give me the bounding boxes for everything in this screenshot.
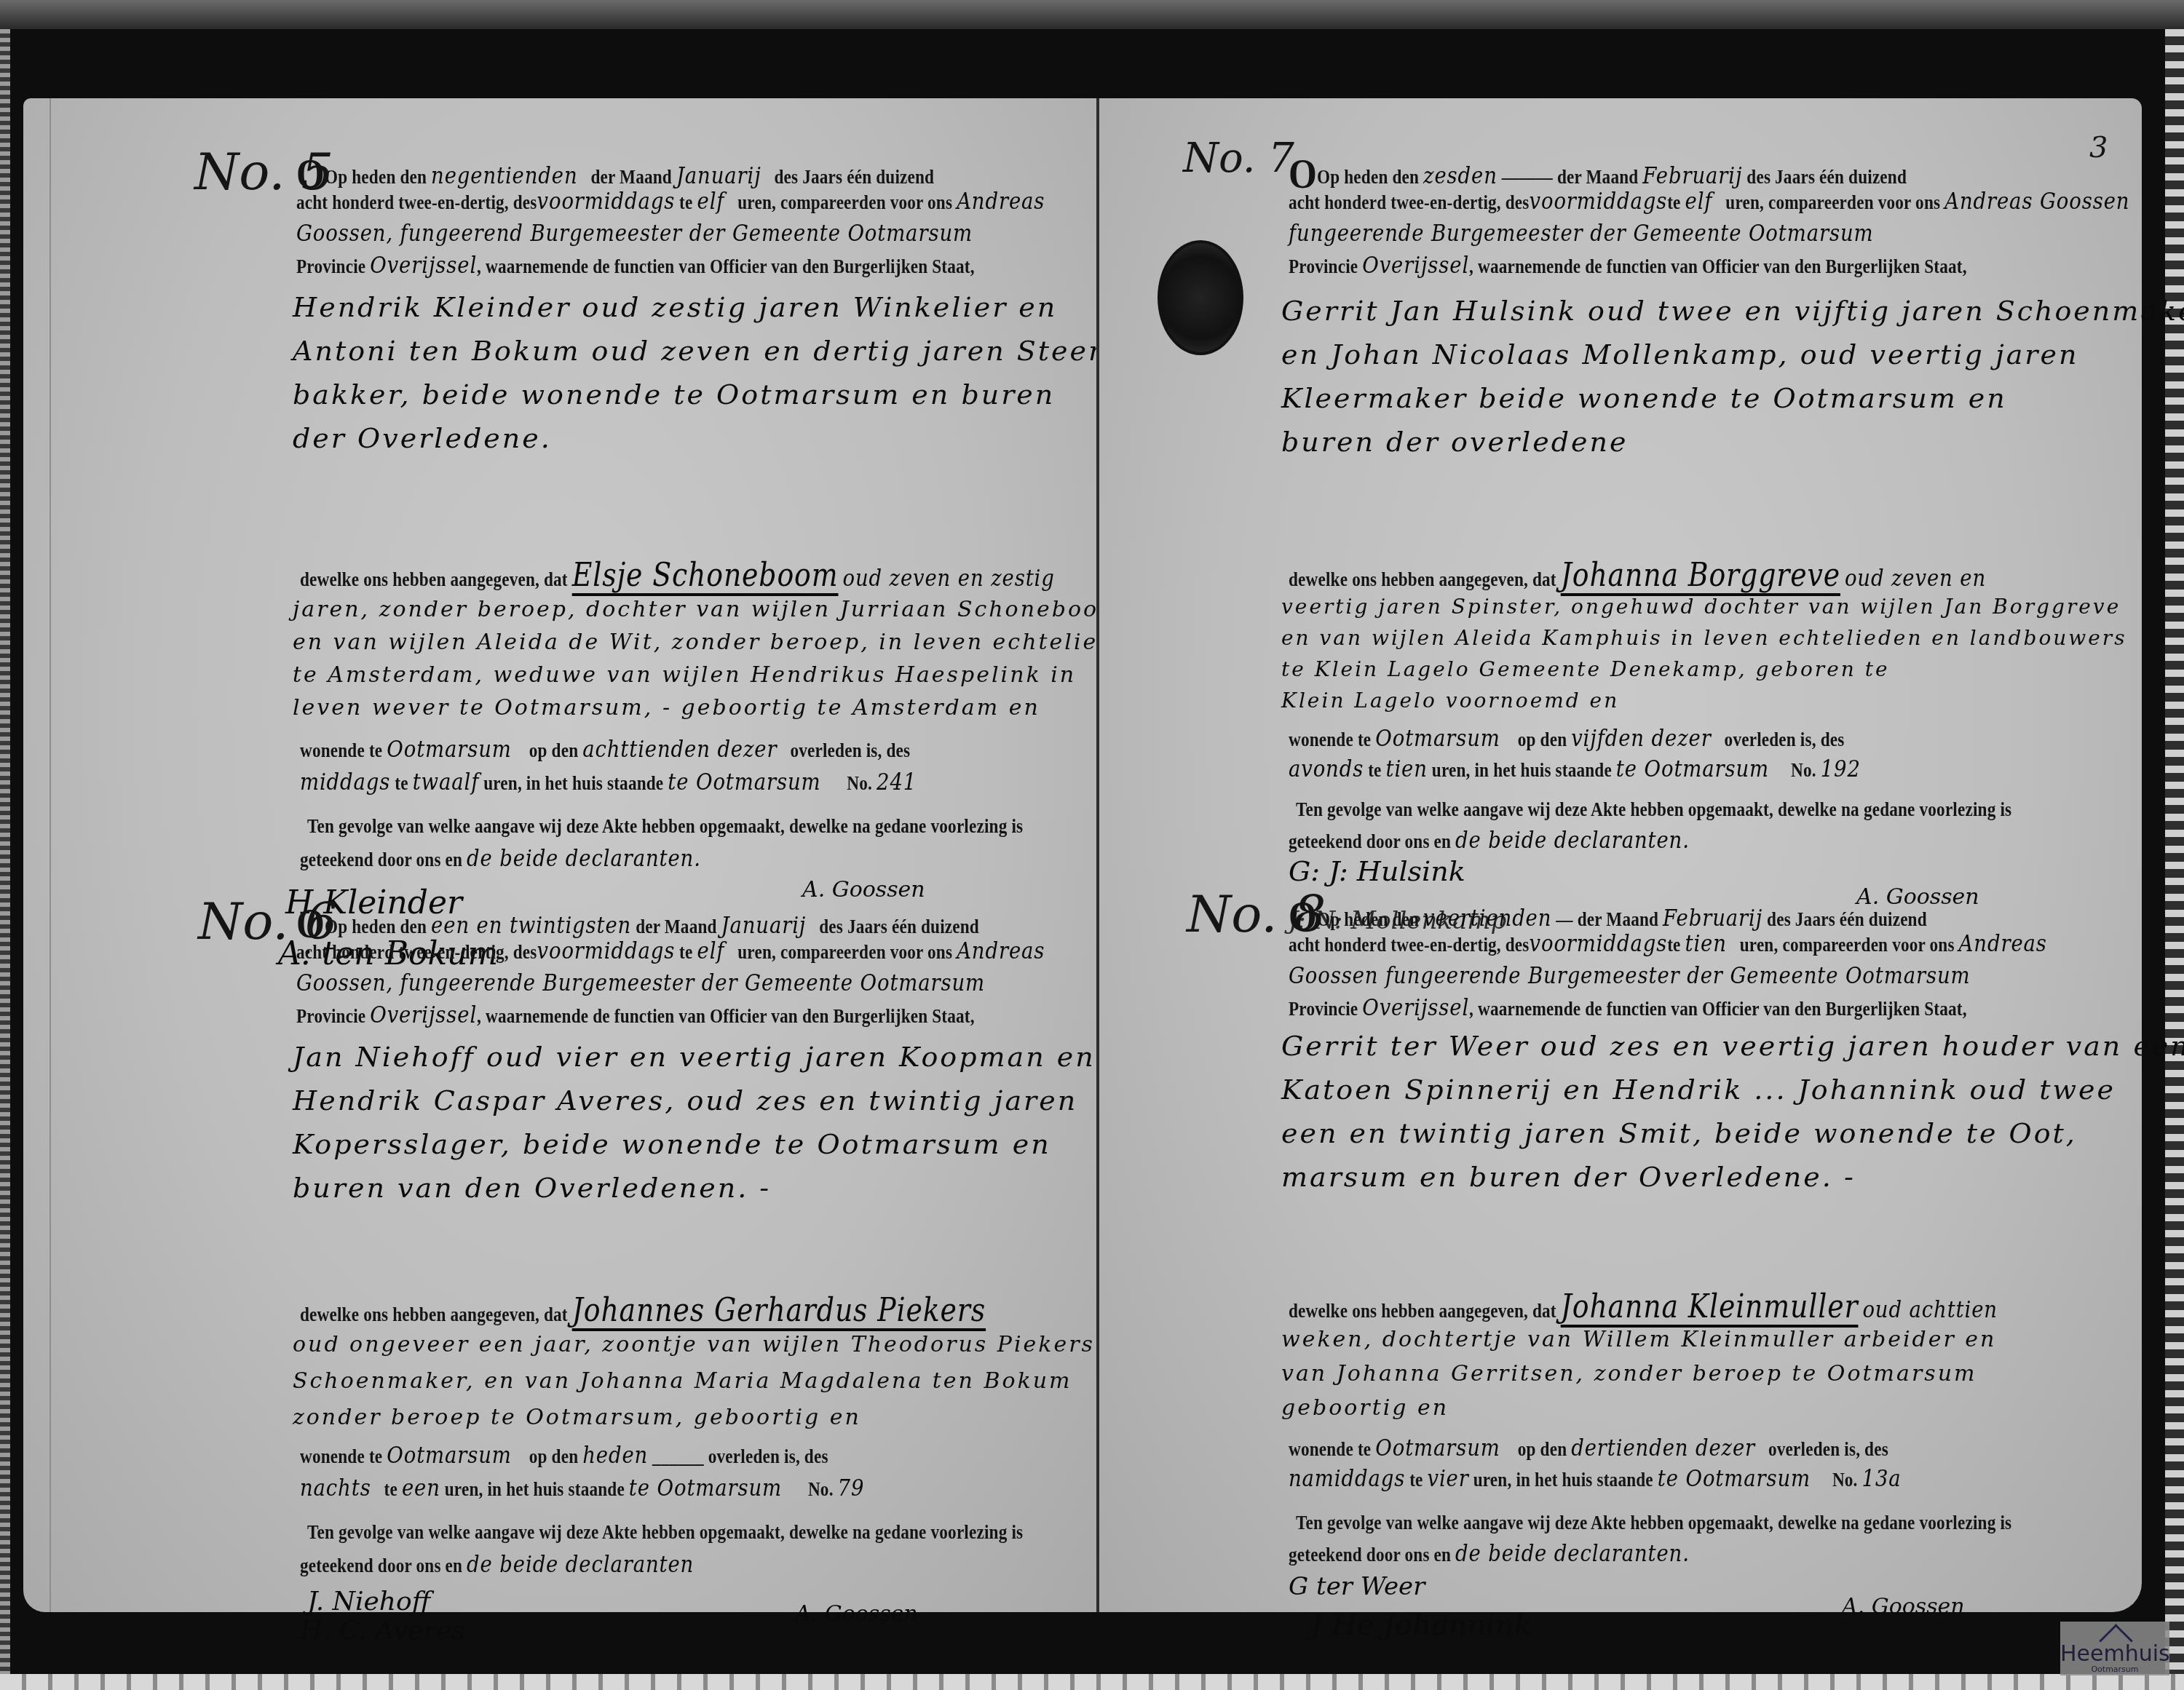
- deceased-detail: veertig jaren Spinster, ongehuwd dochter…: [1281, 595, 2121, 619]
- printed-line-2: acht honderd twee-en-dertig, desvoormidd…: [1289, 929, 2047, 957]
- declaration-line: dewelke ons hebben aangegeven, dat Elsje…: [300, 557, 1055, 594]
- declarant-line: Katoen Spinnerij en Hendrik ... Johannin…: [1281, 1074, 2116, 1106]
- house-number: 79: [838, 1474, 865, 1501]
- closing-line-1: Ten gevolge van welke aangave wij deze A…: [307, 1521, 1023, 1544]
- deceased-detail: Klein Lagelo voornoemd en: [1281, 689, 1619, 713]
- declarant-line: Jan Niehoff oud vier en veertig jaren Ko…: [293, 1041, 1096, 1073]
- deceased-detail: geboortig en: [1281, 1395, 1449, 1421]
- declaration-line: dewelke ons hebben aangegeven, dat Johan…: [1289, 1288, 1998, 1325]
- closing-line-1: Ten gevolge van welke aangave wij deze A…: [1296, 798, 2011, 821]
- handwritten-line-3: Goossen fungeerende Burgemeester der Gem…: [1289, 961, 1970, 989]
- deceased-name: Johannes Gerhardus Piekers: [572, 1292, 986, 1329]
- official-signature: A. Goossen: [795, 1601, 918, 1627]
- deceased-detail: jaren, zonder beroep, dochter van wijlen…: [293, 597, 1221, 622]
- declarant-signature: J He Johannink: [1310, 1608, 1532, 1642]
- declarant-line: en Johan Nicolaas Mollenkamp, oud veerti…: [1281, 338, 2078, 370]
- printed-line-2: acht honderd twee-en-dertig, desvoormidd…: [1289, 187, 2129, 215]
- printed-line-4: Provincie Overijssel, waarnemende de fun…: [1289, 993, 1967, 1021]
- declarant-line: Hendrik Kleinder oud zestig jaren Winkel…: [293, 291, 1057, 323]
- deceased-detail: en van wijlen Aleida Kamphuis in leven e…: [1281, 626, 2127, 650]
- house-number: 192: [1821, 755, 1861, 782]
- deceased-detail: van Johanna Gerritsen, zonder beroep te …: [1281, 1361, 1977, 1386]
- deceased-detail: leven wever te Ootmarsum, - geboortig te…: [293, 695, 1040, 721]
- time-house-line: namiddags te vier uren, in het huis staa…: [1289, 1464, 1902, 1492]
- deceased-detail: te Amsterdam, weduwe van wijlen Hendriku…: [293, 662, 1076, 688]
- folio-number: 3: [2089, 131, 2108, 164]
- deceased-name: Johanna Borggreve: [1561, 557, 1840, 594]
- declarant-line: Gerrit ter Weer oud zes en veertig jaren…: [1281, 1030, 2184, 1062]
- official-seal-stamp: [1158, 240, 1243, 355]
- residence-line: wonende te Ootmarsum op den achttienden …: [300, 735, 910, 763]
- declarant-line: Hendrik Caspar Averes, oud zes en twinti…: [293, 1084, 1077, 1116]
- printed-line-2: acht honderd twee-en-dertig, desvoormidd…: [296, 937, 1045, 964]
- declarant-line: marsum en buren der Overledene. -: [1281, 1161, 1856, 1193]
- residence-line: wonende te Ootmarsum op den vijfden deze…: [1289, 724, 1844, 752]
- deceased-detail: oud ongeveer een jaar, zoontje van wijle…: [293, 1332, 1208, 1357]
- deceased-detail: weken, dochtertje van Willem Kleinmuller…: [1281, 1327, 1996, 1352]
- closing-line-1: Ten gevolge van welke aangave wij deze A…: [307, 815, 1023, 838]
- deceased-detail: zonder beroep te Ootmarsum, geboortig en: [293, 1405, 861, 1430]
- logo-title: Heemhuis: [2060, 1643, 2169, 1665]
- declarant-signature: H. C. Averes: [300, 1616, 465, 1646]
- scan-right-edge: [2165, 29, 2184, 1690]
- residence-line: wonende te Ootmarsum op den dertienden d…: [1289, 1434, 1888, 1461]
- closing-line-2: geteekend door ons en de beide declarant…: [1289, 1539, 1690, 1567]
- left-page: No. 5 OOp heden den negentienden der Maa…: [23, 98, 1098, 1612]
- house-number: 241: [877, 768, 917, 796]
- scan-top-edge: [0, 0, 2184, 29]
- declarant-signature: G: J: Hulsink: [1289, 855, 1465, 887]
- printed-line-4: Provincie Overijssel, waarnemende de fun…: [1289, 251, 1967, 279]
- declarant-line: Kopersslager, beide wonende te Ootmarsum…: [293, 1128, 1051, 1160]
- closing-line-1: Ten gevolge van welke aangave wij deze A…: [1296, 1512, 2011, 1534]
- printed-line-2: acht honderd twee-en-dertig, desvoormidd…: [296, 187, 1045, 215]
- declarant-line: buren van den Overledenen. -: [293, 1172, 771, 1204]
- deceased-name: Elsje Schoneboom: [572, 557, 839, 594]
- declarant-signature: G ter Weer: [1289, 1572, 1425, 1601]
- deceased-detail: Schoenmaker, en van Johanna Maria Magdal…: [293, 1368, 1072, 1394]
- time-house-line: avonds te tien uren, in het huis staande…: [1289, 755, 1861, 782]
- declarant-line: bakker, beide wonende te Ootmarsum en bu…: [293, 378, 1055, 410]
- logo-subtitle: Ootmarsum: [2060, 1665, 2169, 1674]
- declaration-line: dewelke ons hebben aangegeven, dat Johan…: [300, 1292, 986, 1329]
- house-number: 13a: [1862, 1464, 1902, 1492]
- printed-line-4: Provincie Overijssel, waarnemende de fun…: [296, 251, 975, 279]
- declarant-line: Kleermaker beide wonende te Ootmarsum en: [1281, 382, 2007, 414]
- handwritten-line-3: fungeerende Burgemeester der Gemeente Oo…: [1289, 219, 1873, 247]
- declarant-line: Gerrit Jan Hulsink oud twee en vijftig j…: [1281, 295, 2184, 327]
- handwritten-line-3: Goossen, fungeerende Burgemeester der Ge…: [296, 969, 985, 996]
- declarant-line: een en twintig jaren Smit, beide wonende…: [1281, 1117, 2077, 1149]
- declaration-line: dewelke ons hebben aangegeven, dat Johan…: [1289, 557, 1986, 594]
- handwritten-line-3: Goossen, fungeerend Burgemeester der Gem…: [296, 219, 973, 247]
- residence-line: wonende te Ootmarsum op den heden ______…: [300, 1441, 828, 1469]
- scan-left-edge: [0, 29, 10, 1690]
- declarant-signature: J. Niehoff: [307, 1587, 430, 1616]
- declarant-line: der Overledene.: [293, 422, 552, 454]
- printed-line-4: Provincie Overijssel, waarnemende de fun…: [296, 1001, 975, 1028]
- deceased-detail: en van wijlen Aleida de Wit, zonder bero…: [293, 630, 1146, 655]
- deceased-name: Johanna Kleinmuller: [1561, 1288, 1859, 1325]
- margin-rule: [50, 98, 51, 1612]
- deceased-detail: te Klein Lagelo Gemeente Denekamp, gebor…: [1281, 657, 1889, 681]
- heemhuis-logo: Heemhuis Ootmarsum: [2060, 1622, 2169, 1675]
- closing-line-2: geteekend door ons en de beide declarant…: [300, 1550, 694, 1578]
- official-signature: A. Goossen: [1842, 1594, 1965, 1619]
- declarant-line: buren der overledene: [1281, 426, 1628, 458]
- closing-line-2: geteekend door ons en de beide declarant…: [1289, 826, 1690, 854]
- right-page: 3 No. 7 OOp heden den zesden ——— der Maa…: [1099, 98, 2142, 1612]
- closing-line-2: geteekend door ons en de beide declarant…: [300, 844, 701, 872]
- entry-number: No. 7: [1183, 135, 1294, 182]
- scan-bottom-edge: [0, 1674, 2184, 1690]
- time-house-line: nachts te een uren, in het huis staande …: [300, 1474, 864, 1501]
- declarant-line: Antoni ten Bokum oud zeven en dertig jar…: [293, 335, 1120, 367]
- time-house-line: middags te twaalf uren, in het huis staa…: [300, 768, 917, 796]
